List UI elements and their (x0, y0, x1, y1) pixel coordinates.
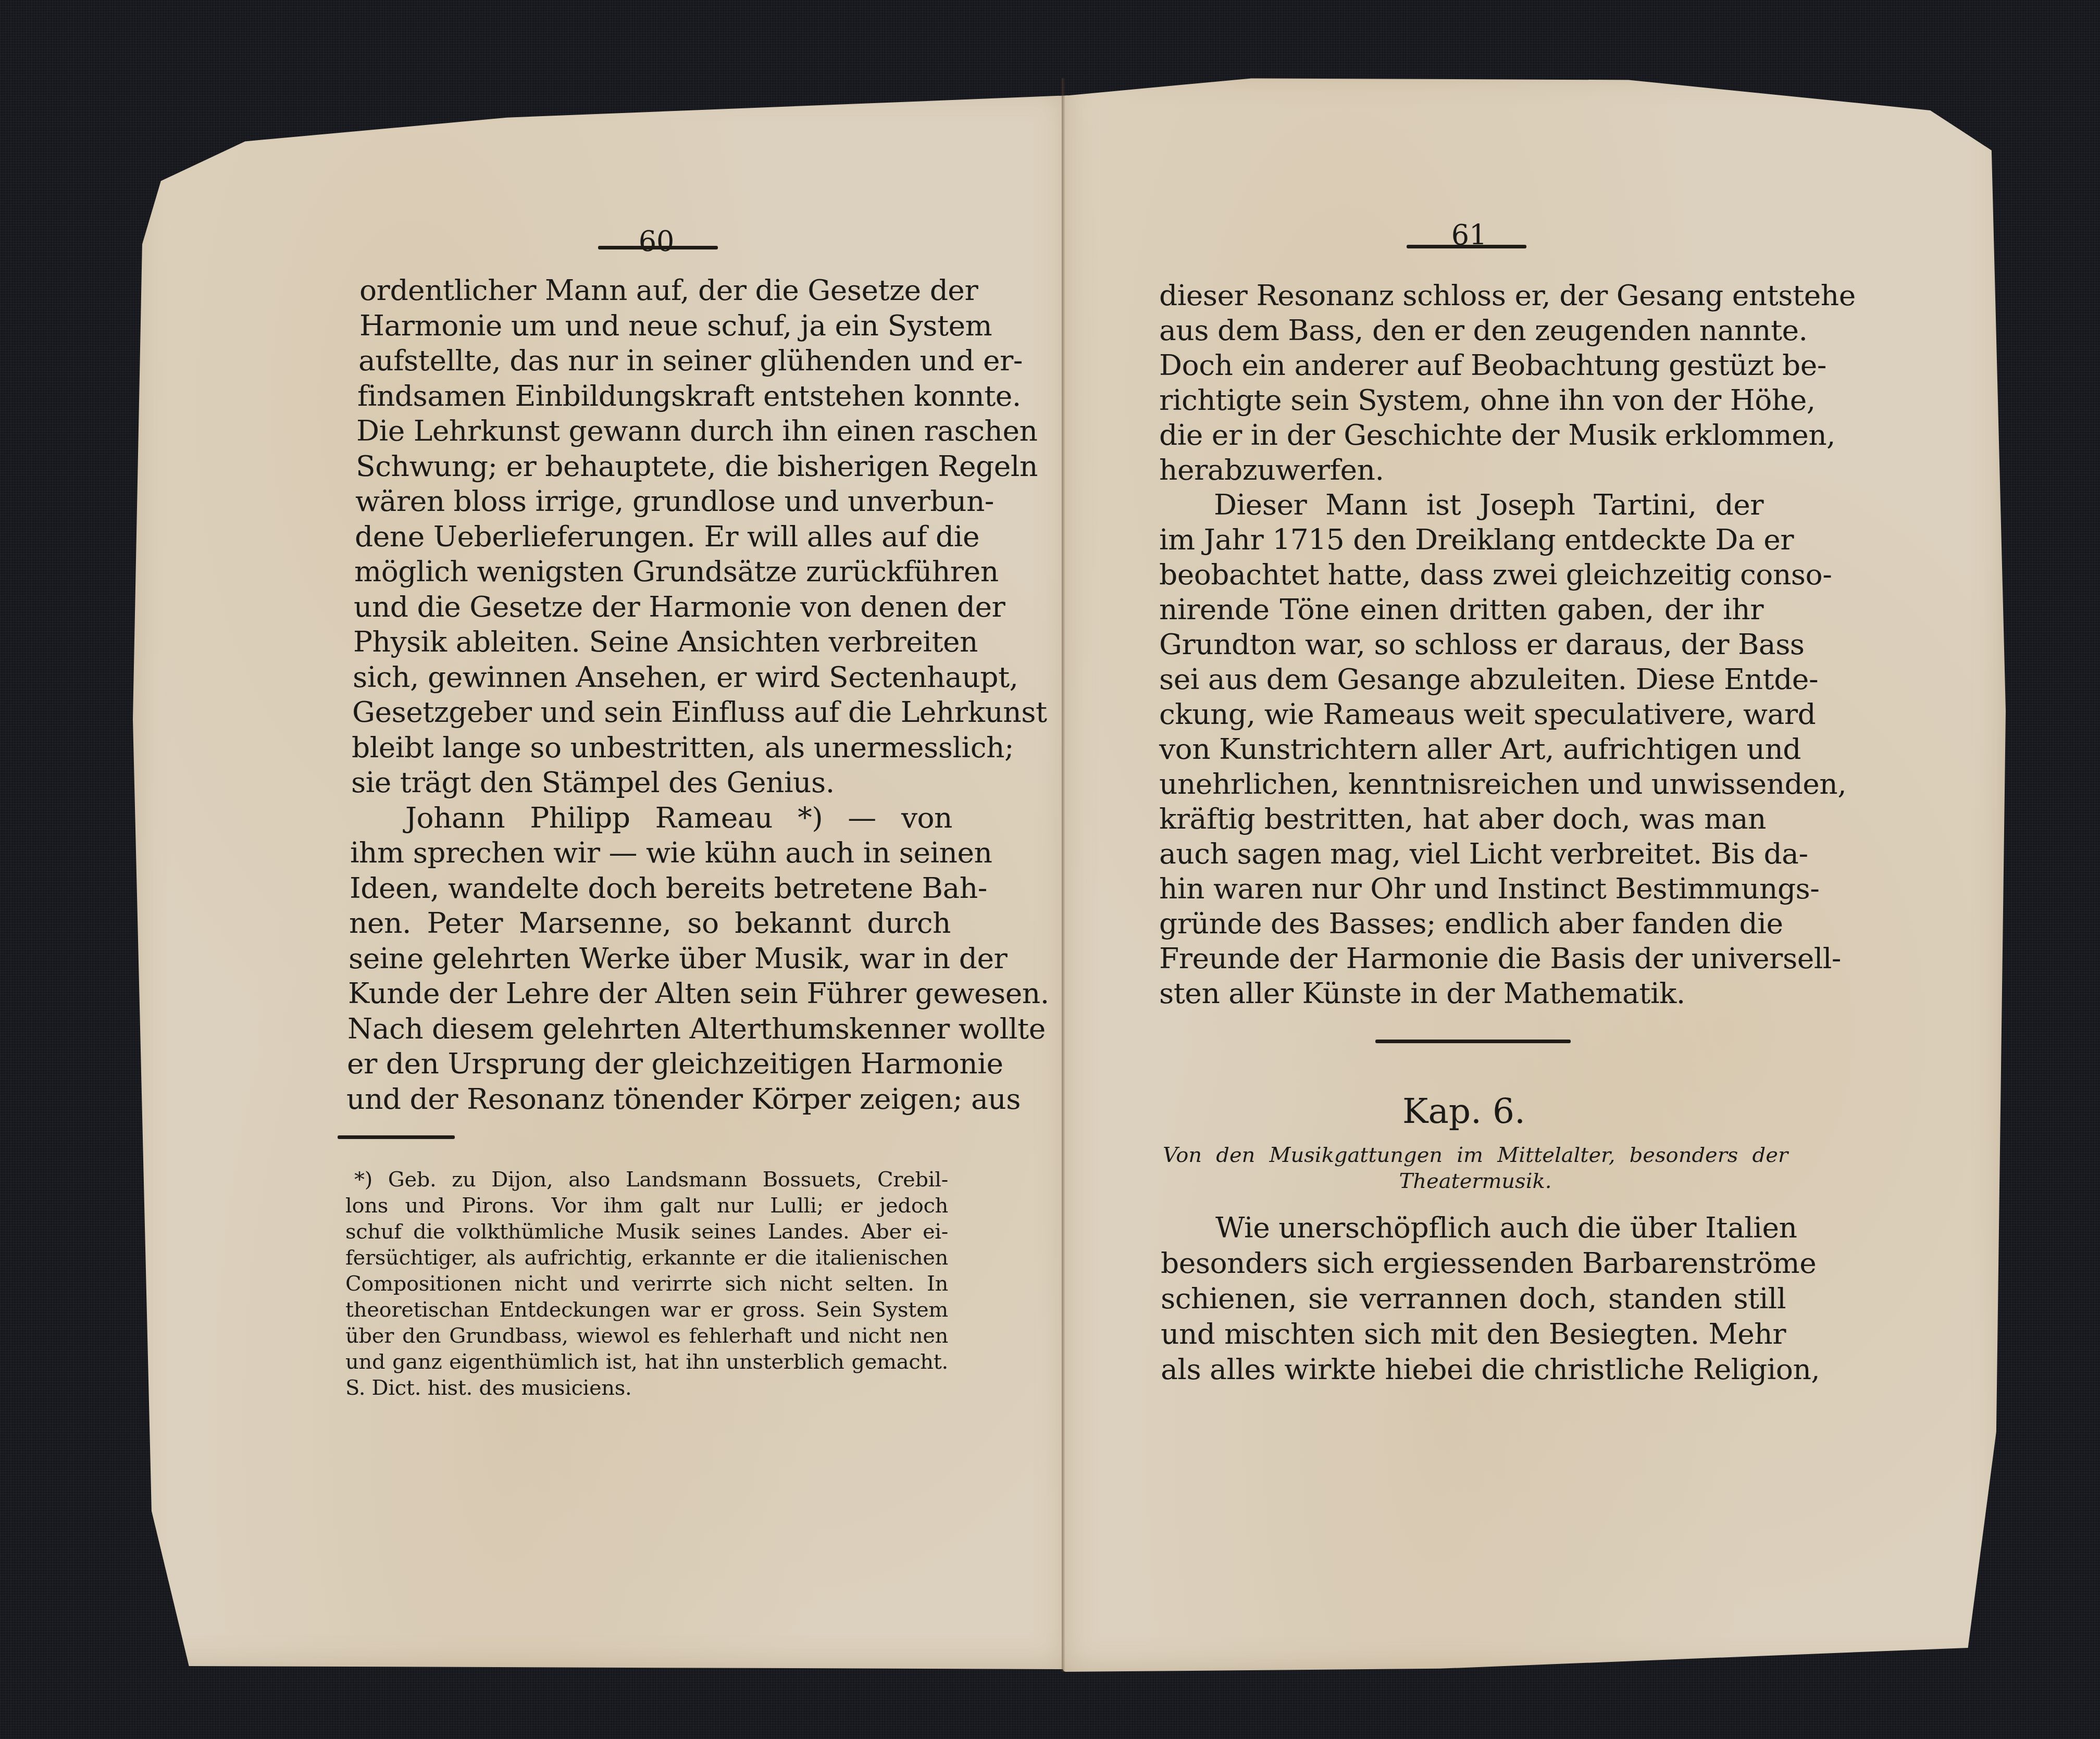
page-number-rule-right (1407, 245, 1526, 248)
text-line: er den Ursprung der gleichzeitigen Harmo… (347, 1049, 949, 1078)
page-number-rule-left (598, 246, 718, 249)
chapter-subtitle-line-2: Theatermusik. (1163, 1169, 1788, 1193)
text-line: die er in der Geschichte der Musik erklo… (1159, 421, 1763, 449)
text-line: Die Lehrkunst gewann durch ihn einen ras… (356, 417, 958, 445)
footnote-line: lons und Pirons. Vor ihm galt nur Lulli;… (345, 1195, 948, 1216)
text-line: Physik ableiten. Seine Ansichten verbrei… (353, 628, 955, 656)
text-line: sie trägt den Stämpel des Genius. (351, 768, 953, 797)
text-line: dieser Resonanz schloss er, der Gesang e… (1159, 281, 1763, 310)
text-line: Ideen, wandelte doch bereits betretene B… (350, 874, 951, 903)
text-line: sten aller Künste in der Mathematik. (1159, 979, 1766, 1008)
text-line: besonders sich ergiessenden Barbarenströ… (1161, 1249, 1786, 1278)
text-line: Nach diesem gelehrten Alterthumskenner w… (347, 1015, 949, 1043)
section-divider-rule (1375, 1040, 1571, 1043)
text-line: Johann Philipp Rameau *) — von (351, 804, 952, 832)
text-line: Wie unerschöpflich auch die über Italien (1161, 1213, 1786, 1242)
text-line: Dieser Mann ist Joseph Tartini, der (1159, 491, 1763, 519)
text-line: Gesetzgeber und sein Einfluss auf die Le… (352, 698, 954, 727)
text-line: kräftig bestritten, hat aber doch, was m… (1159, 805, 1766, 833)
text-line: Grundton war, so schloss er daraus, der … (1159, 630, 1763, 659)
text-line: möglich wenigsten Grundsätze zurückführe… (354, 557, 956, 586)
text-line: beobachtet hatte, dass zwei gleichzeitig… (1159, 560, 1763, 589)
text-line: gründe des Basses; endlich aber fanden d… (1159, 909, 1766, 938)
text-line: sei aus dem Gesange abzuleiten. Diese En… (1159, 665, 1763, 694)
text-line: dene Ueberlieferungen. Er will alles auf… (355, 522, 956, 551)
text-line: ihm sprechen wir — wie kühn auch in sein… (350, 839, 952, 867)
text-line: im Jahr 1715 den Dreiklang entdeckte Da … (1159, 526, 1763, 554)
text-line: nen. Peter Marsenne, so bekannt durch (349, 909, 951, 937)
text-line: ordentlicher Mann auf, der die Gesetze d… (359, 276, 961, 305)
text-line: hin waren nur Ohr und Instinct Bestimmun… (1159, 874, 1763, 903)
footnote-rule (338, 1135, 455, 1139)
text-line: ckung, wie Rameaus weit speculativere, w… (1159, 700, 1766, 729)
text-line: nirende Töne einen dritten gaben, der ih… (1159, 595, 1763, 624)
text-line: seine gelehrten Werke über Musik, war in… (349, 944, 950, 973)
text-line: bleibt lange so unbestritten, als unerme… (352, 733, 953, 762)
footnote-line: S. Dict. hist. des musiciens. (345, 1378, 948, 1398)
footnote-line: *) Geb. zu Dijon, also Landsmann Bossuet… (354, 1169, 948, 1190)
text-line: als alles wirkte hiebei die christliche … (1161, 1355, 1786, 1384)
footnote-line: und ganz eigenthümlich ist, hat ihn unst… (345, 1352, 948, 1372)
text-line: Freunde der Harmonie die Basis der unive… (1159, 944, 1766, 973)
text-line: herabzuwerfen. (1159, 456, 1763, 484)
text-line: unehrlichen, kenntnisreichen und unwisse… (1159, 770, 1766, 798)
text-line: und der Resonanz tönender Körper zeigen;… (346, 1085, 948, 1114)
text-line: und mischten sich mit den Besiegten. Meh… (1161, 1320, 1786, 1348)
text-line: Doch ein anderer auf Beobachtung gestüzt… (1159, 351, 1763, 380)
text-line: Harmonie um und neue schuf, ja ein Syste… (359, 311, 961, 340)
page-number-left: 60 (604, 225, 709, 258)
text-line: aus dem Bass, den er den zeugenden nannt… (1159, 316, 1763, 345)
footnote-line: Compositionen nicht und verirrte sich ni… (345, 1273, 948, 1294)
footnote-line: fersüchtiger, als aufrichtig, erkannte e… (345, 1247, 948, 1268)
text-line: Kunde der Lehre der Alten sein Führer ge… (348, 979, 950, 1008)
text-line: auch sagen mag, viel Licht verbreitet. B… (1159, 840, 1763, 868)
text-line: wären bloss irrige, grundlose und unverb… (355, 487, 957, 516)
footnote-line: theoretischan Entdeckungen war er gross.… (345, 1299, 948, 1320)
text-line: von Kunstrichtern aller Art, aufrichtige… (1159, 735, 1766, 764)
text-line: und die Gesetze der Harmonie von denen d… (354, 593, 955, 621)
book-gutter (1062, 78, 1065, 1672)
chapter-title: Kap. 6. (1355, 1091, 1573, 1131)
footnote-line: über den Grundbass, wiewol es fehlerhaft… (345, 1325, 948, 1346)
text-line: aufstellte, das nur in seiner glühenden … (358, 346, 960, 375)
text-line: findsamen Einbildungskraft entstehen kon… (357, 382, 959, 410)
chapter-subtitle-line-1: Von den Musikgattungen im Mittelalter, b… (1163, 1143, 1788, 1167)
text-line: Schwung; er behauptete, die bisherigen R… (356, 452, 958, 481)
text-line: richtigte sein System, ohne ihn von der … (1159, 386, 1763, 415)
text-line: schienen, sie verrannen doch, standen st… (1161, 1284, 1786, 1313)
footnote-line: schuf die volkthümliche Musik seines Lan… (345, 1221, 948, 1242)
text-line: sich, gewinnen Ansehen, er wird Sectenha… (353, 663, 954, 692)
